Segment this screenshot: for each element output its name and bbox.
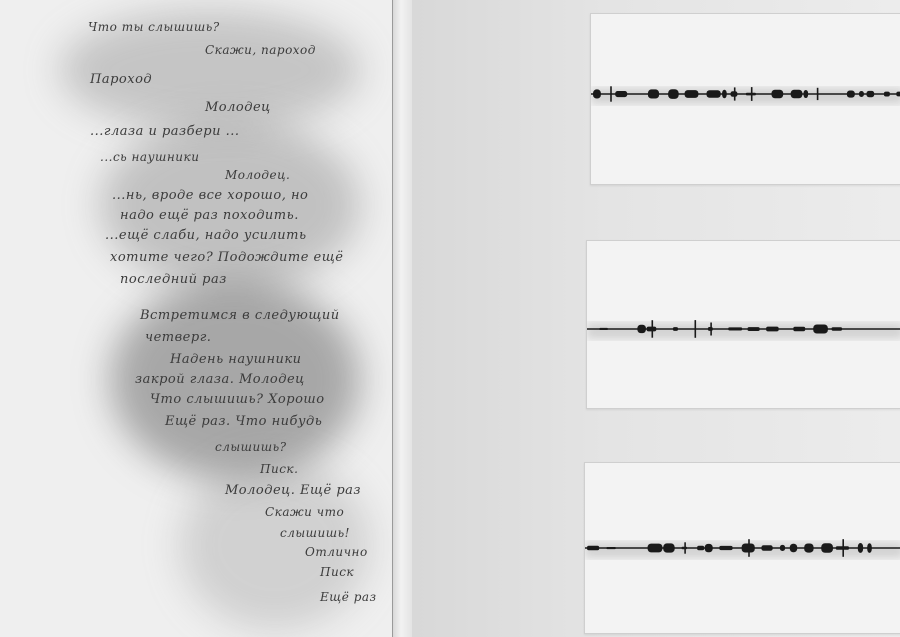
handwritten-line: надо ещё раз походить. <box>120 208 299 223</box>
handwritten-line: ...глаза и разбери ... <box>90 124 240 139</box>
handwritten-line: Скажи что <box>265 505 344 519</box>
handwritten-line: хотите чего? Подождите ещё <box>110 250 343 265</box>
handwritten-line: Что ты слышишь? <box>88 20 220 34</box>
sketchbook-spread: Что ты слышишь?Скажи, пароходПароходМоло… <box>0 0 900 637</box>
handwritten-line: закрой глаза. Молодец <box>135 372 305 387</box>
handwritten-line: последний раз <box>120 272 227 287</box>
handwritten-line: Что слышишь? Хорошо <box>150 392 325 407</box>
handwritten-line: слышишь! <box>280 526 350 540</box>
handwritten-line: Писк. <box>260 462 298 476</box>
audio-waveform-drawing <box>591 14 900 184</box>
audio-waveform-drawing <box>587 241 900 408</box>
waveform-strip-1 <box>590 13 900 185</box>
handwritten-line: Ещё раз <box>320 590 377 604</box>
handwritten-line: Встретимся в следующий <box>140 308 340 323</box>
book-spine <box>392 0 414 637</box>
handwritten-line: слышишь? <box>215 440 287 454</box>
handwritten-line: ...нь, вроде все хорошо, но <box>112 188 308 203</box>
handwritten-line: Отлично <box>305 545 368 559</box>
handwritten-line: ...сь наушники <box>100 150 199 164</box>
handwritten-line: ...ещё слаби, надо усилить <box>105 228 307 243</box>
handwritten-line: Молодец <box>205 100 271 115</box>
left-page-handwritten-text: Что ты слышишь?Скажи, пароходПароходМоло… <box>0 0 392 637</box>
handwritten-line: четверг. <box>145 330 211 345</box>
handwritten-line: Писк <box>320 565 354 579</box>
handwritten-line: Молодец. Ещё раз <box>225 483 361 498</box>
handwritten-line: Пароход <box>90 72 152 87</box>
handwritten-line: Ещё раз. Что нибудь <box>165 414 322 429</box>
audio-waveform-drawing <box>585 463 900 633</box>
handwritten-line: Скажи, пароход <box>205 43 316 57</box>
handwritten-line: Надень наушники <box>170 352 302 367</box>
waveform-strip-3 <box>584 462 900 634</box>
waveform-strip-2 <box>586 240 900 409</box>
handwritten-line: Молодец. <box>225 168 290 182</box>
